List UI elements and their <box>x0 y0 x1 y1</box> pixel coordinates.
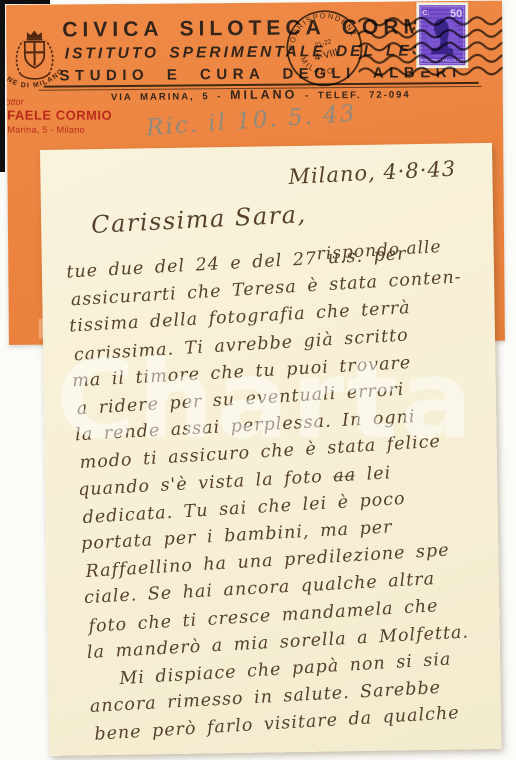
postmark-arc-top: CORRISPONDENZE <box>268 1 360 60</box>
sender-rubber-stamp: Dottor RAFFAELE CORMIO Via Marina, 5 - M… <box>6 97 112 136</box>
sender-stamp-name: RAFFAELE CORMIO <box>6 108 112 124</box>
cancellation-waves <box>358 15 505 80</box>
milan-coat-of-arms-icon: NE DI MILANO <box>6 26 65 94</box>
sender-stamp-address: Via Marina, 5 - Milano <box>6 124 112 135</box>
letter-salutation: Carissima Sara, <box>91 200 308 239</box>
letter-dateline: Milano, 4·8·43 <box>288 157 457 189</box>
letter-body: tue due del 24 e del 27 u.s. perassicura… <box>66 238 486 748</box>
letter-page: Milano, 4·8·43 Carissima Sara, rispondo … <box>40 143 501 756</box>
postmark-date: 4·VIII <box>313 47 339 64</box>
scanned-letter-photo: NE DI MILANO CIVICA SILOTECA CORMIO ISTI… <box>0 0 516 760</box>
letterhead-street: VIA MARINA, 5 - <box>111 91 223 103</box>
scan-edge-artifact-top <box>0 0 50 4</box>
scan-edge-artifact-left <box>0 0 5 172</box>
sender-stamp-title: Dottor <box>6 97 112 108</box>
svg-text:CORRISPONDENZE: CORRISPONDENZE <box>268 1 360 60</box>
